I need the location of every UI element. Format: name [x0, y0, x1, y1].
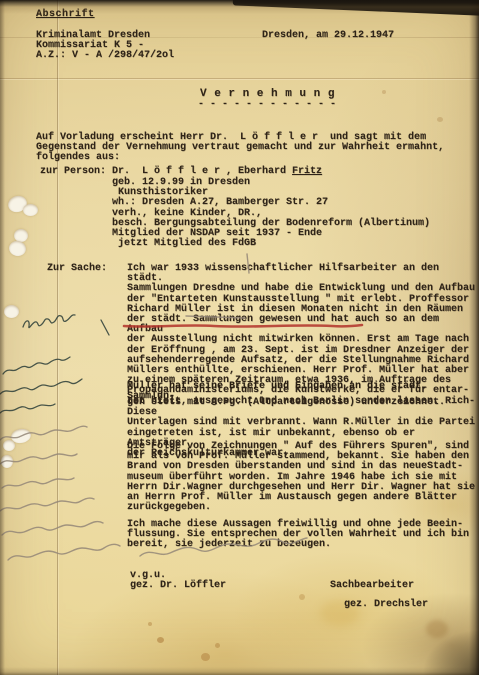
sache-label: Zur Sache:: [47, 264, 107, 274]
person-name-line: Dr. L ö f f l e r , Eberhard Fritz: [112, 167, 322, 177]
horizontal-fold-line: [0, 78, 479, 79]
signature-clerk: gez. Drechsler: [344, 600, 428, 610]
stain: [299, 594, 305, 600]
stain: [215, 643, 220, 648]
vertical-fold-line: [57, 0, 58, 675]
intro-paragraph: Auf Vorladung erscheint Herr Dr. L ö f f…: [36, 133, 444, 164]
signature-role: Sachbearbeiter: [330, 581, 414, 591]
signature-witness: gez. Dr. Löffler: [130, 581, 226, 591]
statement-paragraph-3: Ich mache diese Aussagen freiwillig und …: [127, 520, 469, 551]
office-file-number: A.Z.: V - A /298/47/2ol: [36, 51, 174, 61]
stain: [201, 653, 210, 661]
paper-sheet: Abschrift Kriminalamt Dresden Kommissari…: [0, 0, 479, 675]
punch-hole: [4, 305, 19, 318]
title-underline-dashes: - - - - - - - - - - - -: [198, 100, 336, 110]
person-firstname-underlined: Fritz: [292, 166, 322, 177]
punch-hole: [23, 204, 38, 216]
statement-paragraph-2: Die Folge von Zeichnungen " Auf des Führ…: [127, 442, 475, 513]
stain: [157, 637, 164, 643]
stain: [382, 90, 386, 94]
ink-marginalia: [0, 315, 109, 413]
dateline: Dresden, am 29.12.1947: [262, 31, 394, 41]
punch-hole: [8, 239, 28, 257]
punch-hole: [3, 440, 15, 451]
doc-title: V e r n e h m u n g: [200, 89, 335, 99]
document-photo: Abschrift Kriminalamt Dresden Kommissari…: [0, 0, 479, 675]
person-label: zur Person:: [40, 167, 106, 177]
person-name: Dr. L ö f f l e r , Eberhard: [112, 166, 292, 177]
person-details: geb. 12.9.99 in Dresden Kunsthistoriker …: [112, 178, 430, 249]
stain: [437, 117, 443, 122]
doc-label: Abschrift: [36, 10, 95, 20]
stain: [426, 620, 448, 638]
punch-hole: [1, 455, 13, 468]
stain: [148, 622, 152, 626]
